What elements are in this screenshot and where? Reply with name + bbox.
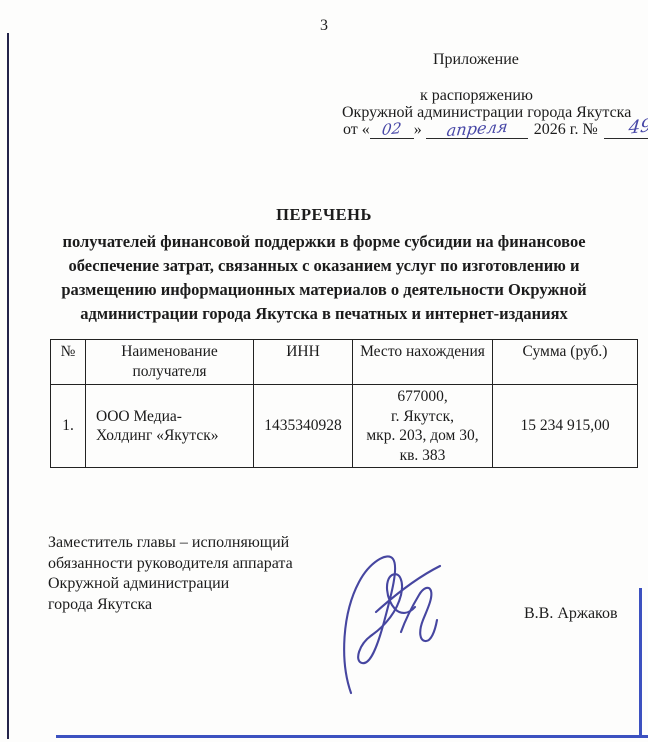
- col-header-amount: Сумма (руб.): [493, 340, 638, 385]
- cell-row-number: 1.: [51, 385, 86, 468]
- position-line: города Якутска: [48, 595, 338, 616]
- location-line: мкр. 203, дом 30,: [355, 426, 490, 446]
- quote-close: »: [414, 121, 422, 138]
- handwritten-number: 499р: [628, 115, 648, 135]
- date-year-label: 2026 г. №: [534, 121, 598, 138]
- signatory-position-block: Заместитель главы – исполняющий обязанно…: [48, 533, 338, 615]
- cell-recipient-name: ООО Медиа- Холдинг «Якутск»: [86, 385, 254, 468]
- location-line: г. Якутск,: [355, 407, 490, 427]
- cell-inn: 1435340928: [254, 385, 353, 468]
- location-line: кв. 383: [355, 446, 490, 466]
- appendix-label: Приложение: [433, 51, 519, 69]
- recipient-name-line: ООО Медиа-: [96, 407, 251, 427]
- recipients-table: № Наименование получателя ИНН Место нахо…: [50, 339, 638, 468]
- position-line: обязанности руководителя аппарата: [48, 554, 338, 575]
- document-title: ПЕРЕЧЕНЬ: [40, 205, 608, 225]
- position-line: Окружной администрации: [48, 574, 338, 595]
- scan-edge-artifact-left: [7, 33, 9, 739]
- document-title-block: ПЕРЕЧЕНЬ получателей финансовой поддержк…: [40, 205, 608, 326]
- handwritten-day: 02: [381, 121, 402, 138]
- location-line: 677000,: [355, 387, 490, 407]
- col-header-number: №: [51, 340, 86, 385]
- recipient-name-line: Холдинг «Якутск»: [96, 426, 251, 446]
- scan-edge-artifact-right: [639, 588, 642, 738]
- title-line: администрации города Якутска в печатных …: [40, 302, 608, 326]
- scan-edge-artifact-bottom: [56, 735, 648, 738]
- table-header-row: № Наименование получателя ИНН Место нахо…: [51, 340, 638, 385]
- cell-amount: 15 234 915,00: [493, 385, 638, 468]
- signatory-name: В.В. Аржаков: [524, 605, 618, 623]
- handwritten-signature-icon: [342, 552, 450, 704]
- title-line: получателей финансовой поддержки в форме…: [40, 230, 608, 254]
- scanned-document-page: 3 Приложение к распоряжению Окружной адм…: [0, 0, 648, 742]
- table-row: 1. ООО Медиа- Холдинг «Якутск» 143534092…: [51, 385, 638, 468]
- date-day-blank: 02: [370, 121, 414, 139]
- order-date-line: от «02»апреля2026 г. №499р: [343, 121, 648, 139]
- cell-location: 677000, г. Якутск, мкр. 203, дом 30, кв.…: [353, 385, 493, 468]
- position-line: Заместитель главы – исполняющий: [48, 533, 338, 554]
- title-line: размещению информационных материалов о д…: [40, 278, 608, 302]
- date-number-blank: 499р: [604, 121, 648, 139]
- handwritten-month: апреля: [446, 119, 509, 138]
- to-order-label: к распоряжению: [420, 87, 533, 105]
- title-line: обеспечение затрат, связанных с оказание…: [40, 254, 608, 278]
- date-prefix: от «: [343, 121, 370, 138]
- date-month-blank: апреля: [426, 121, 528, 139]
- col-header-recipient: Наименование получателя: [86, 340, 254, 385]
- col-header-location: Место нахождения: [353, 340, 493, 385]
- page-number: 3: [0, 17, 648, 35]
- col-header-inn: ИНН: [254, 340, 353, 385]
